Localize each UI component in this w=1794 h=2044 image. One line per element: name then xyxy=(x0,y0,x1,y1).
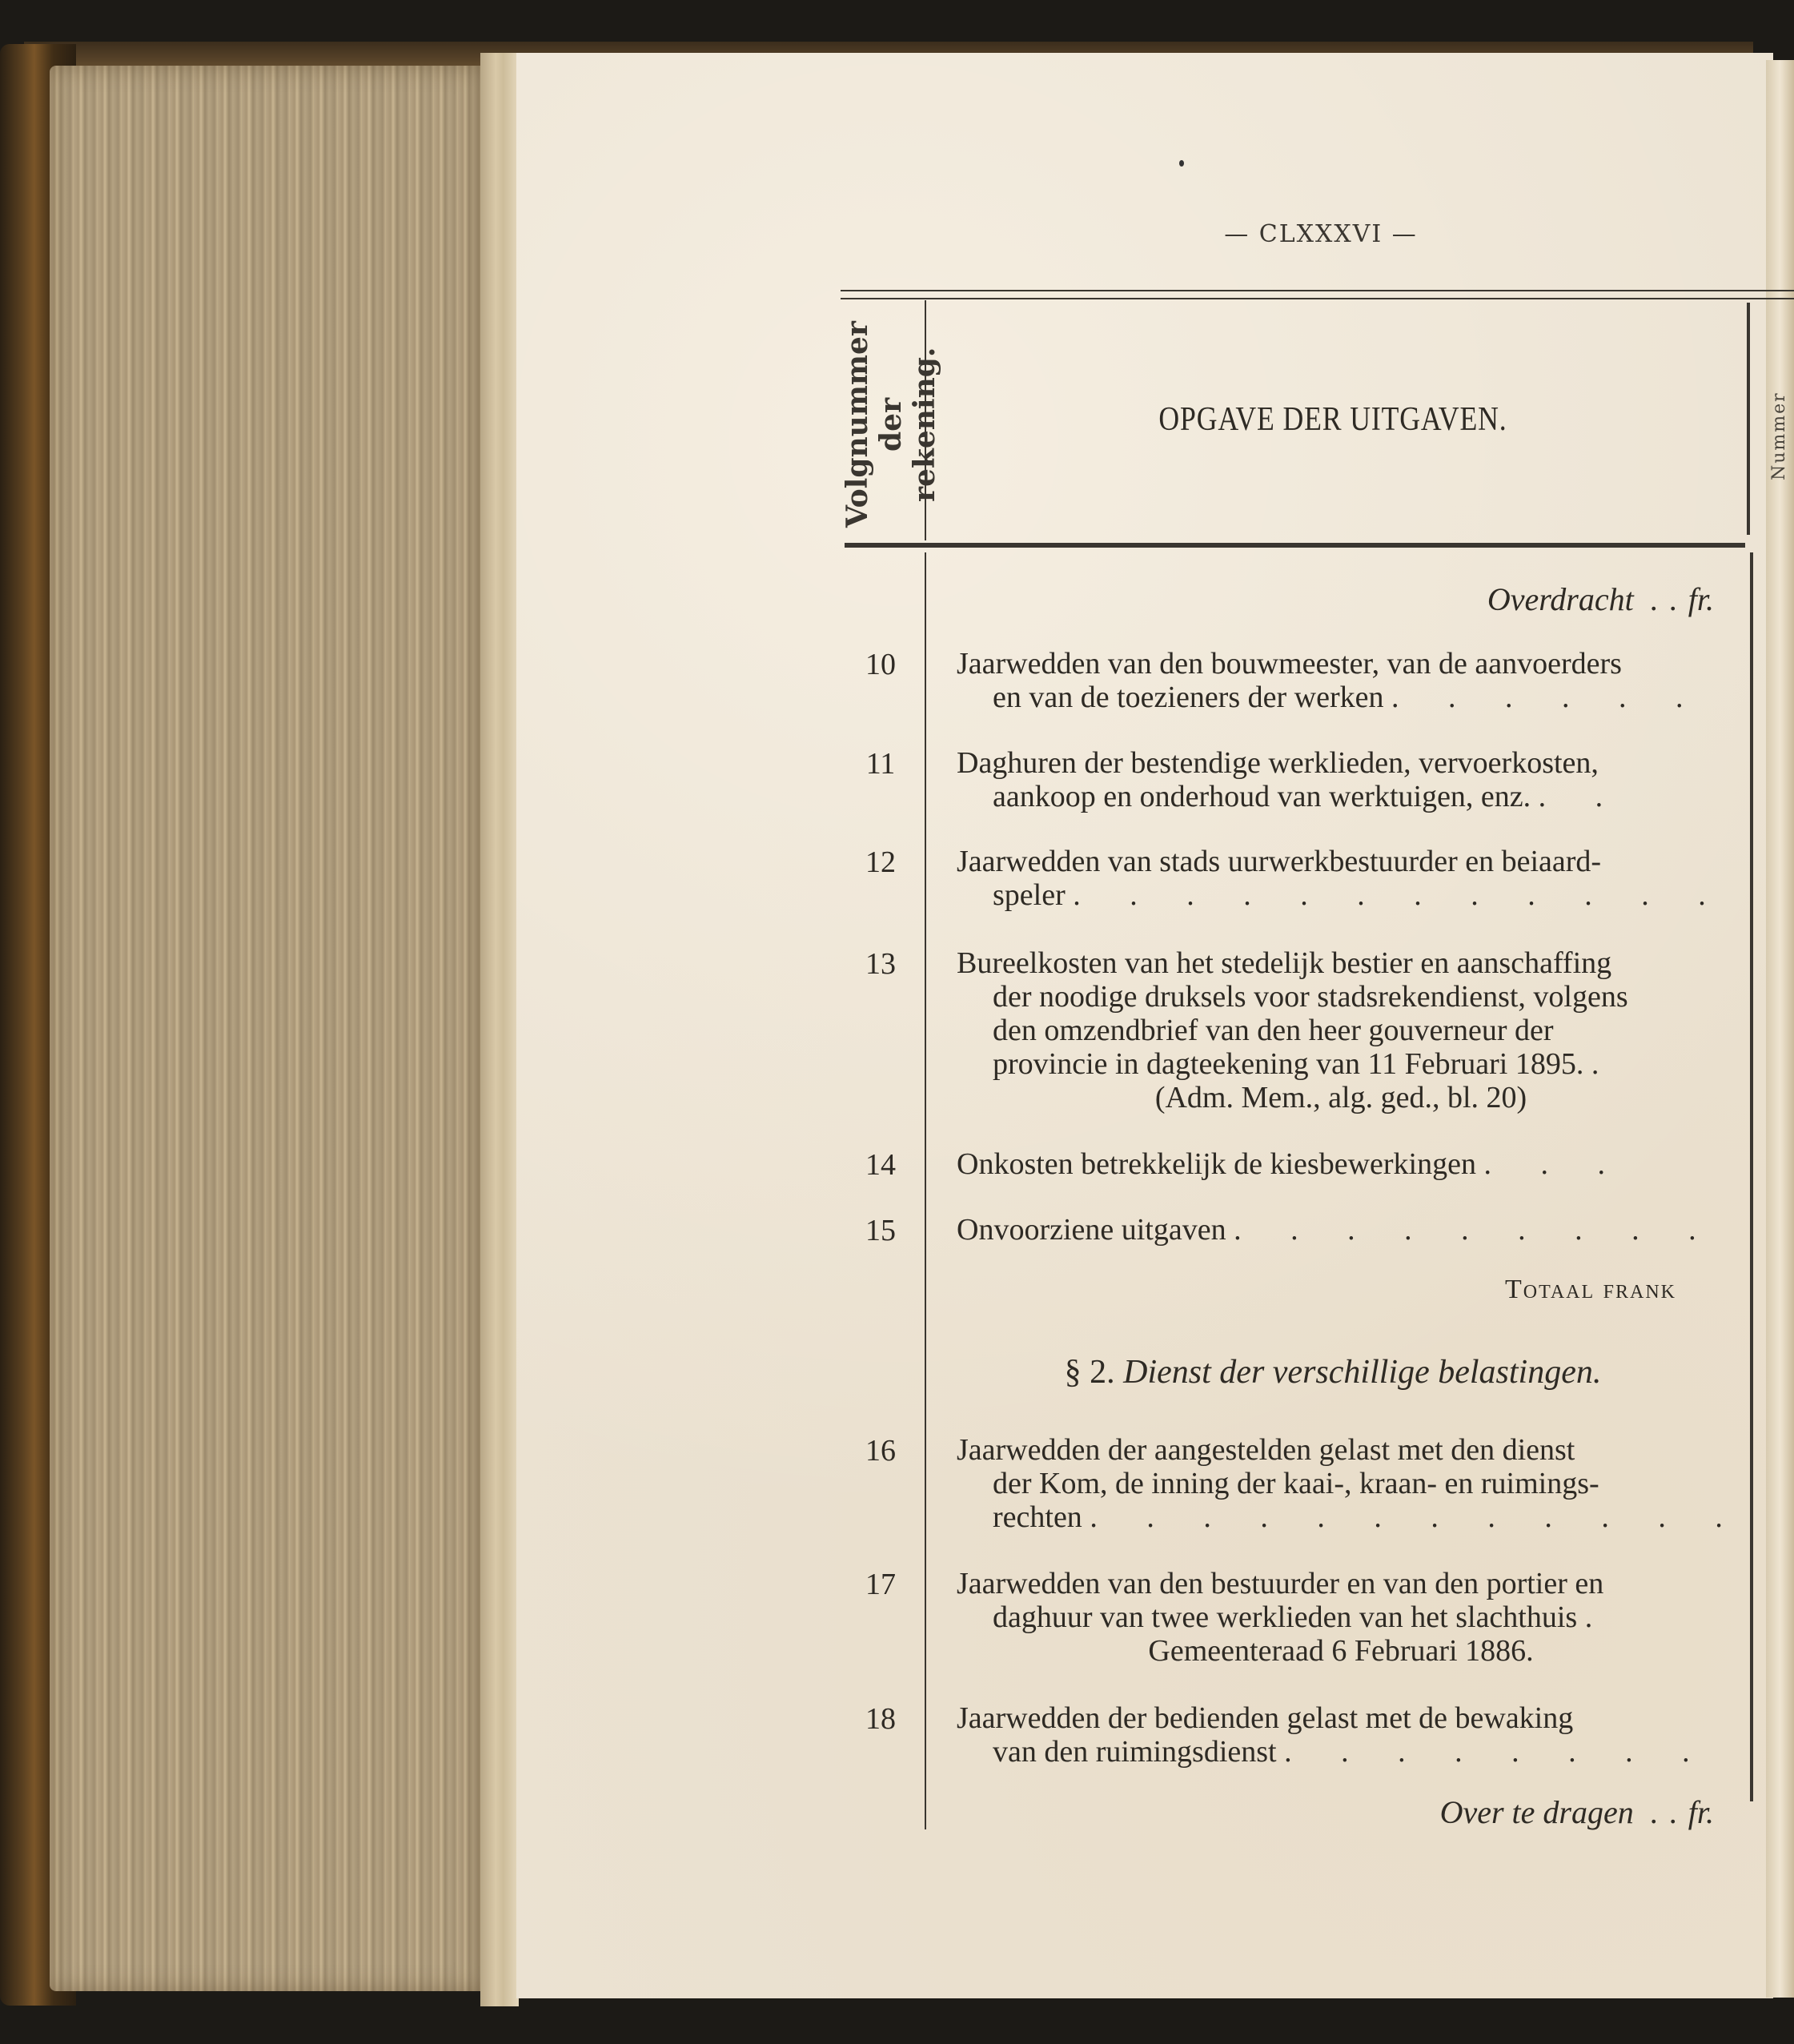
dot-leader: . xyxy=(1591,1047,1620,1081)
entry-line: Daghuren der bestendige werklieden, verv… xyxy=(957,746,1725,780)
entry-text: rechten xyxy=(993,1500,1082,1534)
entry-14: Onkosten betrekkelijk de kiesbewerkingen… xyxy=(957,1147,1725,1181)
entry-line: Jaarwedden der bedienden gelast met de b… xyxy=(957,1701,1725,1735)
right-border-body xyxy=(1750,552,1753,1801)
carry-in-line: Overdracht..fr. xyxy=(1487,580,1714,618)
header-bottom-rule xyxy=(845,543,1745,548)
entry-10: Jaarwedden van den bouwmeester, van de a… xyxy=(957,647,1725,714)
section-2-heading: § 2. Dienst der verschillige belastingen… xyxy=(921,1353,1745,1391)
entry-line: Onkosten betrekkelijk de kiesbewerkingen… xyxy=(957,1147,1725,1181)
dot-leader: . . xyxy=(1539,780,1624,813)
dot-leader: . . . . . . . . . . . . . . . . xyxy=(1073,878,1725,912)
section-symbol: § 2. xyxy=(1065,1354,1115,1391)
entry-13: Bureelkosten van het stedelijk bestier e… xyxy=(957,946,1725,1114)
table-title: OPGAVE DER UITGAVEN. xyxy=(982,400,1684,439)
entry-line: en van de toezieners der werken . . . . … xyxy=(957,681,1725,714)
row-number-12: 12 xyxy=(849,845,913,880)
section-title: Dienst der verschillige belastingen. xyxy=(1123,1354,1601,1391)
next-page-edge xyxy=(1766,60,1794,1998)
carry-in-leader: .. xyxy=(1650,581,1688,617)
carry-out-line: Over te dragen..fr. xyxy=(1440,1793,1714,1831)
top-rule-2 xyxy=(841,298,1794,299)
page-number: — CLXXXVI — xyxy=(1121,220,1521,248)
entry-line: Onvoorziene uitgaven . . . . . . . . . .… xyxy=(957,1213,1725,1247)
entry-line: Jaarwedden der aangestelden gelast met d… xyxy=(957,1433,1725,1467)
next-page-header-fragment: Nummer xyxy=(1769,352,1793,480)
entry-line: der noodige druksels voor stadsrekendien… xyxy=(957,980,1725,1014)
carry-out-leader: .. xyxy=(1650,1794,1688,1830)
entry-text: van den ruimingsdienst xyxy=(993,1735,1277,1769)
row-number-16: 16 xyxy=(849,1433,913,1468)
entry-text: en van de toezieners der werken xyxy=(993,681,1383,714)
entry-line: rechten . . . . . . . . . . . . . . . . … xyxy=(957,1500,1725,1534)
body-column-divider xyxy=(925,552,926,1829)
dot-leader: . . . . . . . . . . . . . . . . . xyxy=(1090,1500,1725,1534)
entry-text: daghuur van twee werklieden van het slac… xyxy=(993,1600,1577,1634)
entry-line: den omzendbrief van den heer gouverneur … xyxy=(957,1014,1725,1047)
entry-line: Bureelkosten van het stedelijk bestier e… xyxy=(957,946,1725,980)
entry-text: aankoop en onderhoud van werktuigen, enz… xyxy=(993,780,1531,813)
row-number-14: 14 xyxy=(849,1147,913,1183)
top-rule-1 xyxy=(841,290,1794,291)
dot-leader: . . . . . . xyxy=(1391,681,1704,714)
total-label: Totaal frank xyxy=(1505,1275,1676,1305)
entry-text: Onkosten betrekkelijk de kiesbewerkingen xyxy=(957,1147,1476,1181)
entry-line: Jaarwedden van den bouwmeester, van de a… xyxy=(957,647,1725,681)
entry-11: Daghuren der bestendige werklieden, verv… xyxy=(957,746,1725,813)
entry-text: speler xyxy=(993,878,1066,912)
column-header-volgnummer: Volgnummer der rekening. xyxy=(841,316,921,532)
entry-line: aankoop en onderhoud van werktuigen, enz… xyxy=(957,780,1725,813)
row-number-13: 13 xyxy=(849,946,913,982)
entry-line: provincie in dagteekening van 11 Februar… xyxy=(957,1047,1725,1081)
ink-speck xyxy=(1179,160,1184,167)
entry-16: Jaarwedden der aangestelden gelast met d… xyxy=(957,1433,1725,1534)
book-photo: Nummer — CLXXXVI — Volgnummer der rekeni… xyxy=(0,0,1794,2044)
row-number-15: 15 xyxy=(849,1213,913,1248)
row-number-17: 17 xyxy=(849,1567,913,1602)
book-gutter xyxy=(480,53,519,2006)
entry-text: Onvoorziene uitgaven xyxy=(957,1213,1226,1247)
page-block-edges xyxy=(50,66,482,1991)
entry-line: daghuur van twee werklieden van het slac… xyxy=(957,1600,1725,1634)
row-number-18: 18 xyxy=(849,1701,913,1737)
dot-leader: . . . xyxy=(1483,1147,1626,1181)
row-number-11: 11 xyxy=(849,746,913,781)
dot-leader: . . . . . . . . . . xyxy=(1284,1735,1725,1769)
dot-leader: . . . . . . . . . . . . xyxy=(1234,1213,1725,1247)
entry-line: Jaarwedden van den bestuurder en van den… xyxy=(957,1567,1725,1600)
entry-line: der Kom, de inning der kaai-, kraan- en … xyxy=(957,1467,1725,1500)
carry-out-unit: fr. xyxy=(1688,1794,1714,1830)
entry-line: van den ruimingsdienst . . . . . . . . .… xyxy=(957,1735,1725,1769)
right-border-header xyxy=(1747,303,1750,535)
dot-leader: . xyxy=(1585,1600,1614,1634)
entry-note: Gemeenteraad 6 Februari 1886. xyxy=(957,1634,1725,1668)
entry-17: Jaarwedden van den bestuurder en van den… xyxy=(957,1567,1725,1668)
entry-line: Jaarwedden van stads uurwerkbestuurder e… xyxy=(957,845,1725,878)
entry-18: Jaarwedden der bedienden gelast met de b… xyxy=(957,1701,1725,1769)
entry-15: Onvoorziene uitgaven . . . . . . . . . .… xyxy=(957,1213,1725,1247)
carry-out-label: Over te dragen xyxy=(1440,1794,1634,1830)
row-number-10: 10 xyxy=(849,647,913,682)
carry-in-unit: fr. xyxy=(1688,581,1714,617)
entry-text: provincie in dagteekening van 11 Februar… xyxy=(993,1047,1583,1081)
carry-in-label: Overdracht xyxy=(1487,581,1634,617)
entry-note: (Adm. Mem., alg. ged., bl. 20) xyxy=(957,1081,1725,1114)
entry-line: speler . . . . . . . . . . . . . . . . xyxy=(957,878,1725,912)
entry-12: Jaarwedden van stads uurwerkbestuurder e… xyxy=(957,845,1725,912)
